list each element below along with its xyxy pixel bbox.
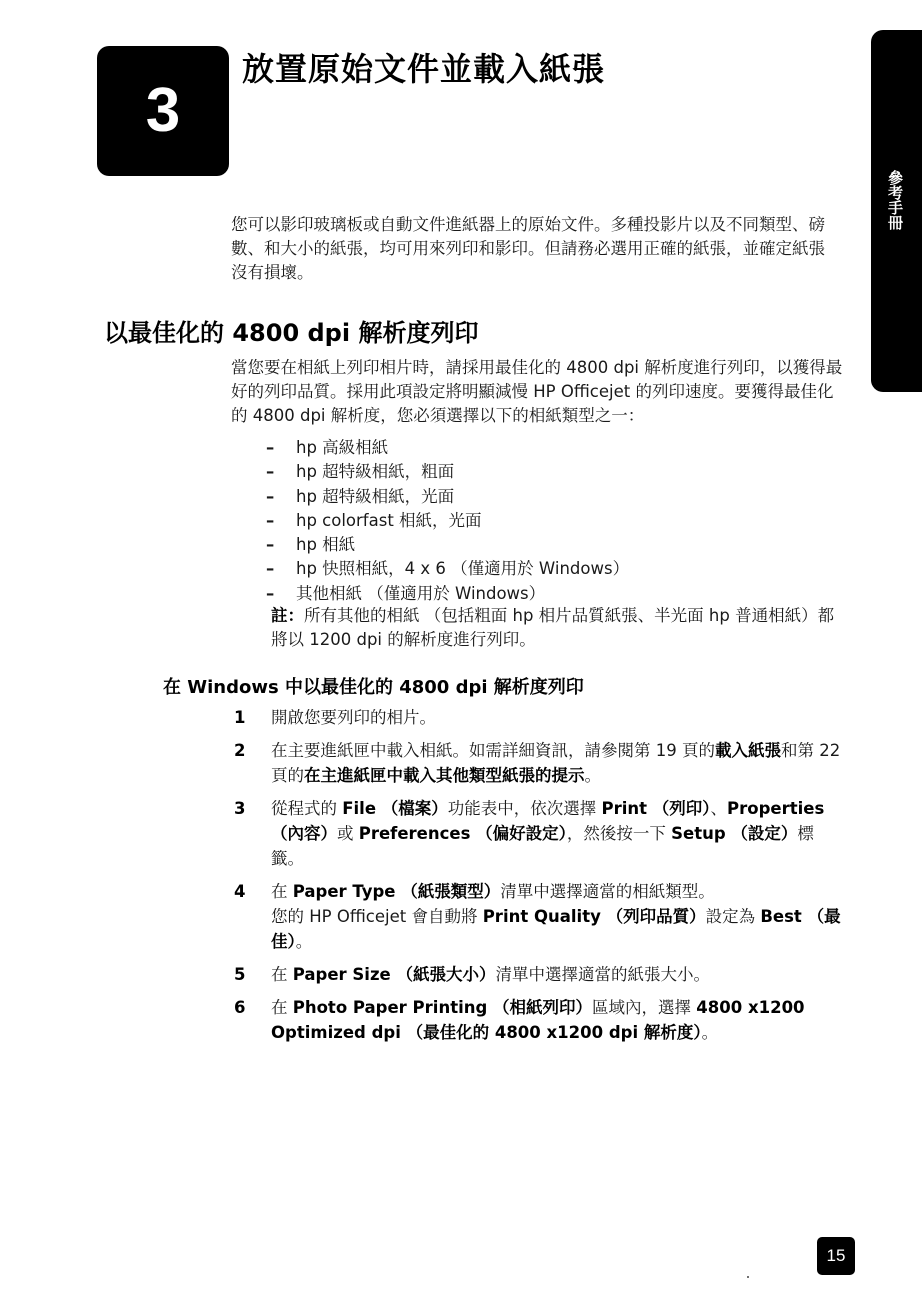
intro-paragraph: 您可以影印玻璃板或自動文件進紙器上的原始文件。多種投影片以及不同類型、磅數、和大…	[231, 213, 841, 285]
list-item: –hp 超特級相紙，粗面	[266, 460, 629, 484]
step-text: 在主要進紙匣中載入相紙。如需詳細資訊，請參閱第 19 頁的載入紙張和第 22 頁…	[271, 738, 844, 788]
step-text-part: 。	[702, 1023, 719, 1042]
scan-speck	[747, 1276, 749, 1278]
list-item: –hp 高級相紙	[266, 436, 629, 460]
step-text-part: 。	[585, 766, 602, 785]
list-item: –hp 快照相紙，4 x 6 （僅適用於 Windows）	[266, 557, 629, 581]
cross-reference-load-paper: 載入紙張	[715, 741, 781, 760]
note: 註：所有其他的相紙 （包括粗面 hp 相片品質紙張、半光面 hp 普通相紙）都將…	[271, 604, 846, 652]
paper-type-list: –hp 高級相紙 –hp 超特級相紙，粗面 –hp 超特級相紙，光面 –hp c…	[266, 436, 629, 606]
chapter-title: 放置原始文件並載入紙張	[242, 44, 605, 90]
list-item-text: hp 超特級相紙，光面	[296, 485, 454, 509]
ui-term-paper-type: Paper Type （紙張類型）	[293, 882, 500, 901]
section-lead-paragraph: 當您要在相紙上列印相片時，請採用最佳化的 4800 dpi 解析度進行列印，以獲…	[231, 356, 846, 428]
chapter-number: 3	[146, 80, 180, 142]
step-text-part: 區域內，選擇	[592, 998, 696, 1017]
steps-list: 1 開啟您要列印的相片。 2 在主要進紙匣中載入相紙。如需詳細資訊，請參閱第 1…	[234, 705, 844, 1053]
step-text-part: 清單中選擇適當的紙張大小。	[496, 965, 711, 984]
step-text-part: 或	[337, 824, 359, 843]
step-text-part: 清單中選擇適當的相紙類型。	[500, 882, 715, 901]
step-text: 在 Photo Paper Printing （相紙列印）區域內，選擇 4800…	[271, 995, 844, 1045]
step-number: 2	[234, 738, 271, 788]
list-item: –hp 超特級相紙，光面	[266, 485, 629, 509]
step-item: 6 在 Photo Paper Printing （相紙列印）區域內，選擇 48…	[234, 995, 844, 1045]
list-item-text: hp 超特級相紙，粗面	[296, 460, 454, 484]
note-label: 註：	[271, 606, 304, 625]
step-text: 在 Paper Size （紙張大小）清單中選擇適當的紙張大小。	[271, 962, 710, 987]
cross-reference-tips: 在主進紙匣中載入其他類型紙張的提示	[304, 766, 585, 785]
step-number: 5	[234, 962, 271, 987]
list-item: –其他相紙 （僅適用於 Windows）	[266, 582, 629, 606]
step-number: 1	[234, 705, 271, 730]
list-item-text: 其他相紙 （僅適用於 Windows）	[296, 582, 545, 606]
step-text-part: 開啟您要列印的相片。	[271, 708, 436, 727]
list-item-text: hp 相紙	[296, 533, 355, 557]
list-item: –hp colorfast 相紙，光面	[266, 509, 629, 533]
step-item: 3 從程式的 File （檔案）功能表中，依次選擇 Print （列印）、Pro…	[234, 796, 844, 871]
list-item-text: hp 快照相紙，4 x 6 （僅適用於 Windows）	[296, 557, 629, 581]
step-text: 從程式的 File （檔案）功能表中，依次選擇 Print （列印）、Prope…	[271, 796, 844, 871]
step-text-part: 在	[271, 965, 293, 984]
section-title: 以最佳化的 4800 dpi 解析度列印	[104, 313, 478, 348]
dash-bullet: –	[266, 436, 296, 460]
ui-term-paper-size: Paper Size （紙張大小）	[293, 965, 496, 984]
step-item: 1 開啟您要列印的相片。	[234, 705, 844, 730]
dash-bullet: –	[266, 582, 296, 606]
step-number: 6	[234, 995, 271, 1045]
dash-bullet: –	[266, 485, 296, 509]
list-item-text: hp colorfast 相紙，光面	[296, 509, 482, 533]
step-item: 5 在 Paper Size （紙張大小）清單中選擇適當的紙張大小。	[234, 962, 844, 987]
list-item: –hp 相紙	[266, 533, 629, 557]
step-item: 4 在 Paper Type （紙張類型）清單中選擇適當的相紙類型。您的 HP …	[234, 879, 844, 954]
list-item-text: hp 高級相紙	[296, 436, 388, 460]
step-text-part: 在	[271, 998, 293, 1017]
ui-term-preferences: Preferences （偏好設定）	[359, 824, 567, 843]
note-text: 所有其他的相紙 （包括粗面 hp 相片品質紙張、半光面 hp 普通相紙）都將以 …	[271, 606, 834, 649]
dash-bullet: –	[266, 533, 296, 557]
chapter-number-box: 3	[97, 46, 229, 176]
step-text: 開啟您要列印的相片。	[271, 705, 436, 730]
step-text-part: 從程式的	[271, 799, 342, 818]
dash-bullet: –	[266, 460, 296, 484]
dash-bullet: –	[266, 509, 296, 533]
step-text-part: 。	[296, 932, 313, 951]
ui-term-setup: Setup （設定）	[671, 824, 797, 843]
step-text-part: 您的 HP Officejet 會自動將	[271, 907, 483, 926]
ui-term-file: File （檔案）	[342, 799, 448, 818]
step-text: 在 Paper Type （紙張類型）清單中選擇適當的相紙類型。您的 HP Of…	[271, 879, 844, 954]
ui-term-print-quality: Print Quality （列印品質）	[483, 907, 706, 926]
step-text-part: 功能表中，依次選擇	[448, 799, 602, 818]
side-tab-label: 參考手冊	[884, 170, 904, 230]
step-text-part: 在主要進紙匣中載入相紙。如需詳細資訊，請參閱第 19 頁的	[271, 741, 715, 760]
step-number: 4	[234, 879, 271, 954]
step-number: 3	[234, 796, 271, 871]
step-item: 2 在主要進紙匣中載入相紙。如需詳細資訊，請參閱第 19 頁的載入紙張和第 22…	[234, 738, 844, 788]
page-number-box: 15	[817, 1237, 855, 1275]
subsection-title: 在 Windows 中以最佳化的 4800 dpi 解析度列印	[163, 673, 584, 699]
step-text-part: 設定為	[706, 907, 761, 926]
page-number: 15	[827, 1246, 846, 1266]
dash-bullet: –	[266, 557, 296, 581]
ui-term-print: Print （列印）	[602, 799, 711, 818]
step-text-part: 、	[711, 799, 728, 818]
ui-term-photo-paper-printing: Photo Paper Printing （相紙列印）	[293, 998, 592, 1017]
step-text-part: ，然後按一下	[567, 824, 671, 843]
step-text-part: 在	[271, 882, 293, 901]
